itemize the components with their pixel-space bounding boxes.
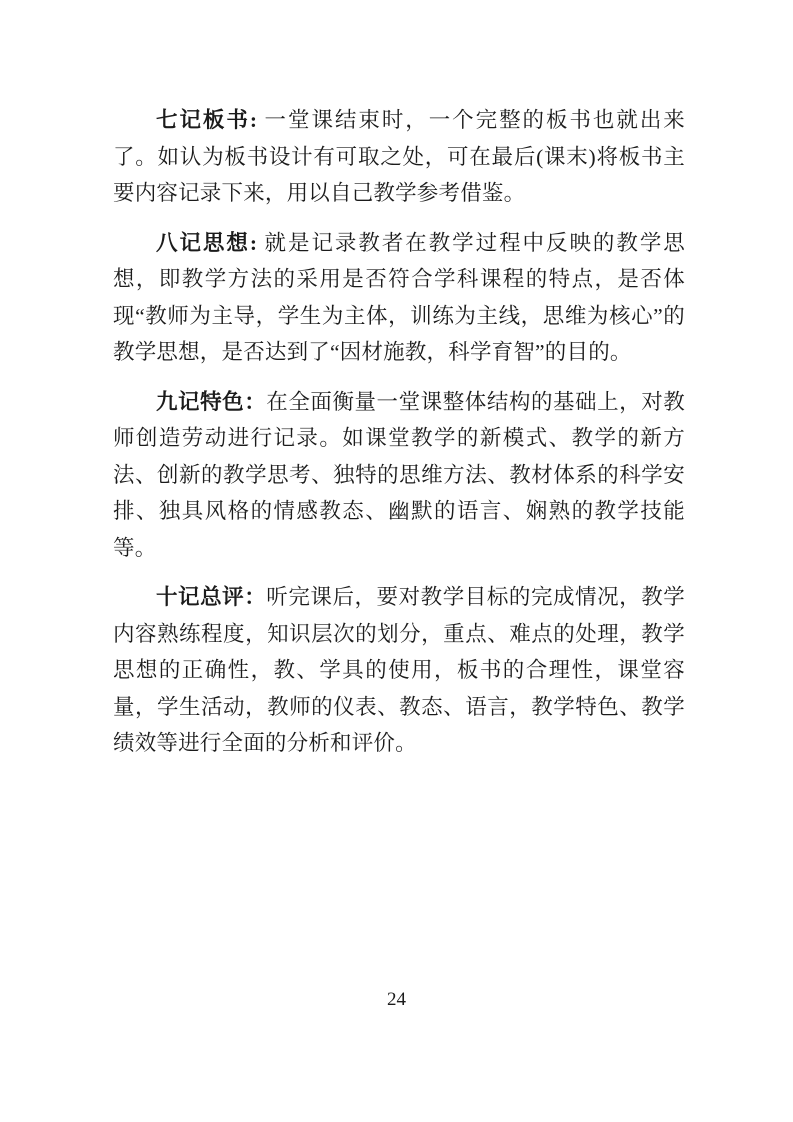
document-content: 七记板书: 一堂课结束时，一个完整的板书也就出来了。如认为板书设计有可取之处，可… xyxy=(113,102,685,775)
paragraph-heading: 七记板书: xyxy=(156,108,265,132)
paragraph-thought: 八记思想: 就是记录教者在教学过程中反映的教学思想，即教学方法的采用是否符合学科… xyxy=(113,225,685,371)
paragraph-body: 在全面衡量一堂课整体结构的基础上，对教师创造劳动进行记录。如课堂教学的新模式、教… xyxy=(113,390,685,560)
document-page: 七记板书: 一堂课结束时，一个完整的板书也就出来了。如认为板书设计有可取之处，可… xyxy=(0,0,793,1122)
page-number: 24 xyxy=(0,988,793,1012)
paragraph-board-writing: 七记板书: 一堂课结束时，一个完整的板书也就出来了。如认为板书设计有可取之处，可… xyxy=(113,102,685,212)
paragraph-heading: 八记思想: xyxy=(156,231,265,255)
paragraph-heading: 九记特色： xyxy=(156,390,266,414)
paragraph-heading: 十记总评： xyxy=(156,585,266,609)
paragraph-features: 九记特色：在全面衡量一堂课整体结构的基础上，对教师创造劳动进行记录。如课堂教学的… xyxy=(113,384,685,567)
paragraph-body: 听完课后，要对教学目标的完成情况，教学内容熟练程度，知识层次的划分，重点、难点的… xyxy=(113,585,685,755)
paragraph-overall-review: 十记总评：听完课后，要对教学目标的完成情况，教学内容熟练程度，知识层次的划分，重… xyxy=(113,579,685,762)
